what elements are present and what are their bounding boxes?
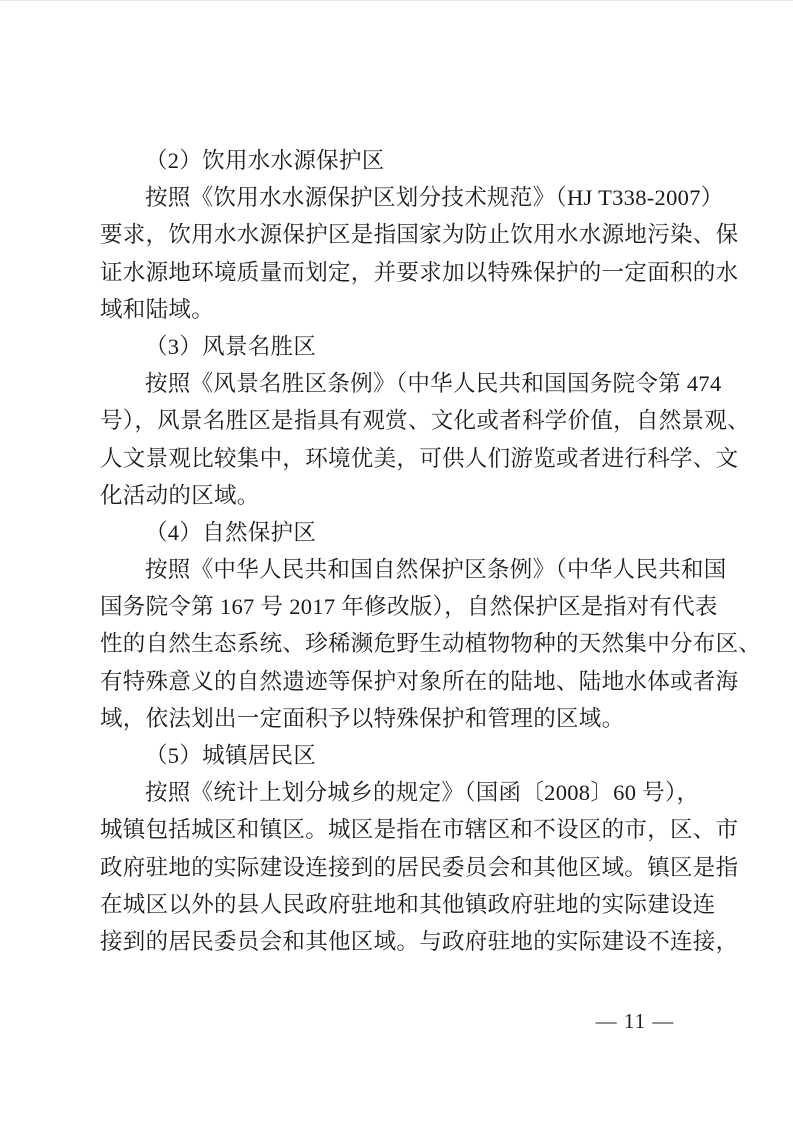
paragraph-line: 按照《风景名胜区条例》（中华人民共和国国务院令第 474 — [100, 365, 700, 402]
section-heading: （5）城镇居民区 — [100, 737, 700, 774]
paragraph-line: 性的自然生态系统、珍稀濒危野生动植物物种的天然集中分布区、 — [100, 625, 700, 662]
scan-edge-artifact — [0, 0, 793, 1]
paragraph-line: 按照《饮用水水源保护区划分技术规范》（HJ T338-2007） — [100, 179, 700, 216]
paragraph-line: 域，依法划出一定面积予以特殊保护和管理的区域。 — [100, 700, 700, 737]
paragraph-line: 化活动的区域。 — [100, 477, 700, 514]
paragraph-line: 政府驻地的实际建设连接到的居民委员会和其他区域。镇区是指 — [100, 849, 700, 886]
paragraph-line: 人文景观比较集中，环境优美，可供人们游览或者进行科学、文 — [100, 440, 700, 477]
paragraph-line: 按照《中华人民共和国自然保护区条例》（中华人民共和国 — [100, 551, 700, 588]
document-page: （2）饮用水水源保护区按照《饮用水水源保护区划分技术规范》（HJ T338-20… — [0, 0, 793, 1122]
paragraph-line: 按照《统计上划分城乡的规定》（国函〔2008〕60 号）， — [100, 774, 700, 811]
paragraph-line: 域和陆域。 — [100, 291, 700, 328]
section-heading: （4）自然保护区 — [100, 514, 700, 551]
paragraph-line: 国务院令第 167 号 2017 年修改版），自然保护区是指对有代表 — [100, 588, 700, 625]
paragraph-line: 接到的居民委员会和其他区域。与政府驻地的实际建设不连接， — [100, 923, 700, 960]
paragraph-line: 城镇包括城区和镇区。城区是指在市辖区和不设区的市，区、市 — [100, 811, 700, 848]
section-heading: （2）饮用水水源保护区 — [100, 142, 700, 179]
page-number: — 11 — — [560, 1008, 710, 1034]
section-heading: （3）风景名胜区 — [100, 328, 700, 365]
paragraph-line: 有特殊意义的自然遗迹等保护对象所在的陆地、陆地水体或者海 — [100, 663, 700, 700]
paragraph-line: 要求，饮用水水源保护区是指国家为防止饮用水水源地污染、保 — [100, 216, 700, 253]
paragraph-line: 号），风景名胜区是指具有观赏、文化或者科学价值，自然景观、 — [100, 402, 700, 439]
paragraph-line: 证水源地环境质量而划定，并要求加以特殊保护的一定面积的水 — [100, 254, 700, 291]
paragraph-line: 在城区以外的县人民政府驻地和其他镇政府驻地的实际建设连 — [100, 886, 700, 923]
document-body: （2）饮用水水源保护区按照《饮用水水源保护区划分技术规范》（HJ T338-20… — [100, 142, 700, 960]
